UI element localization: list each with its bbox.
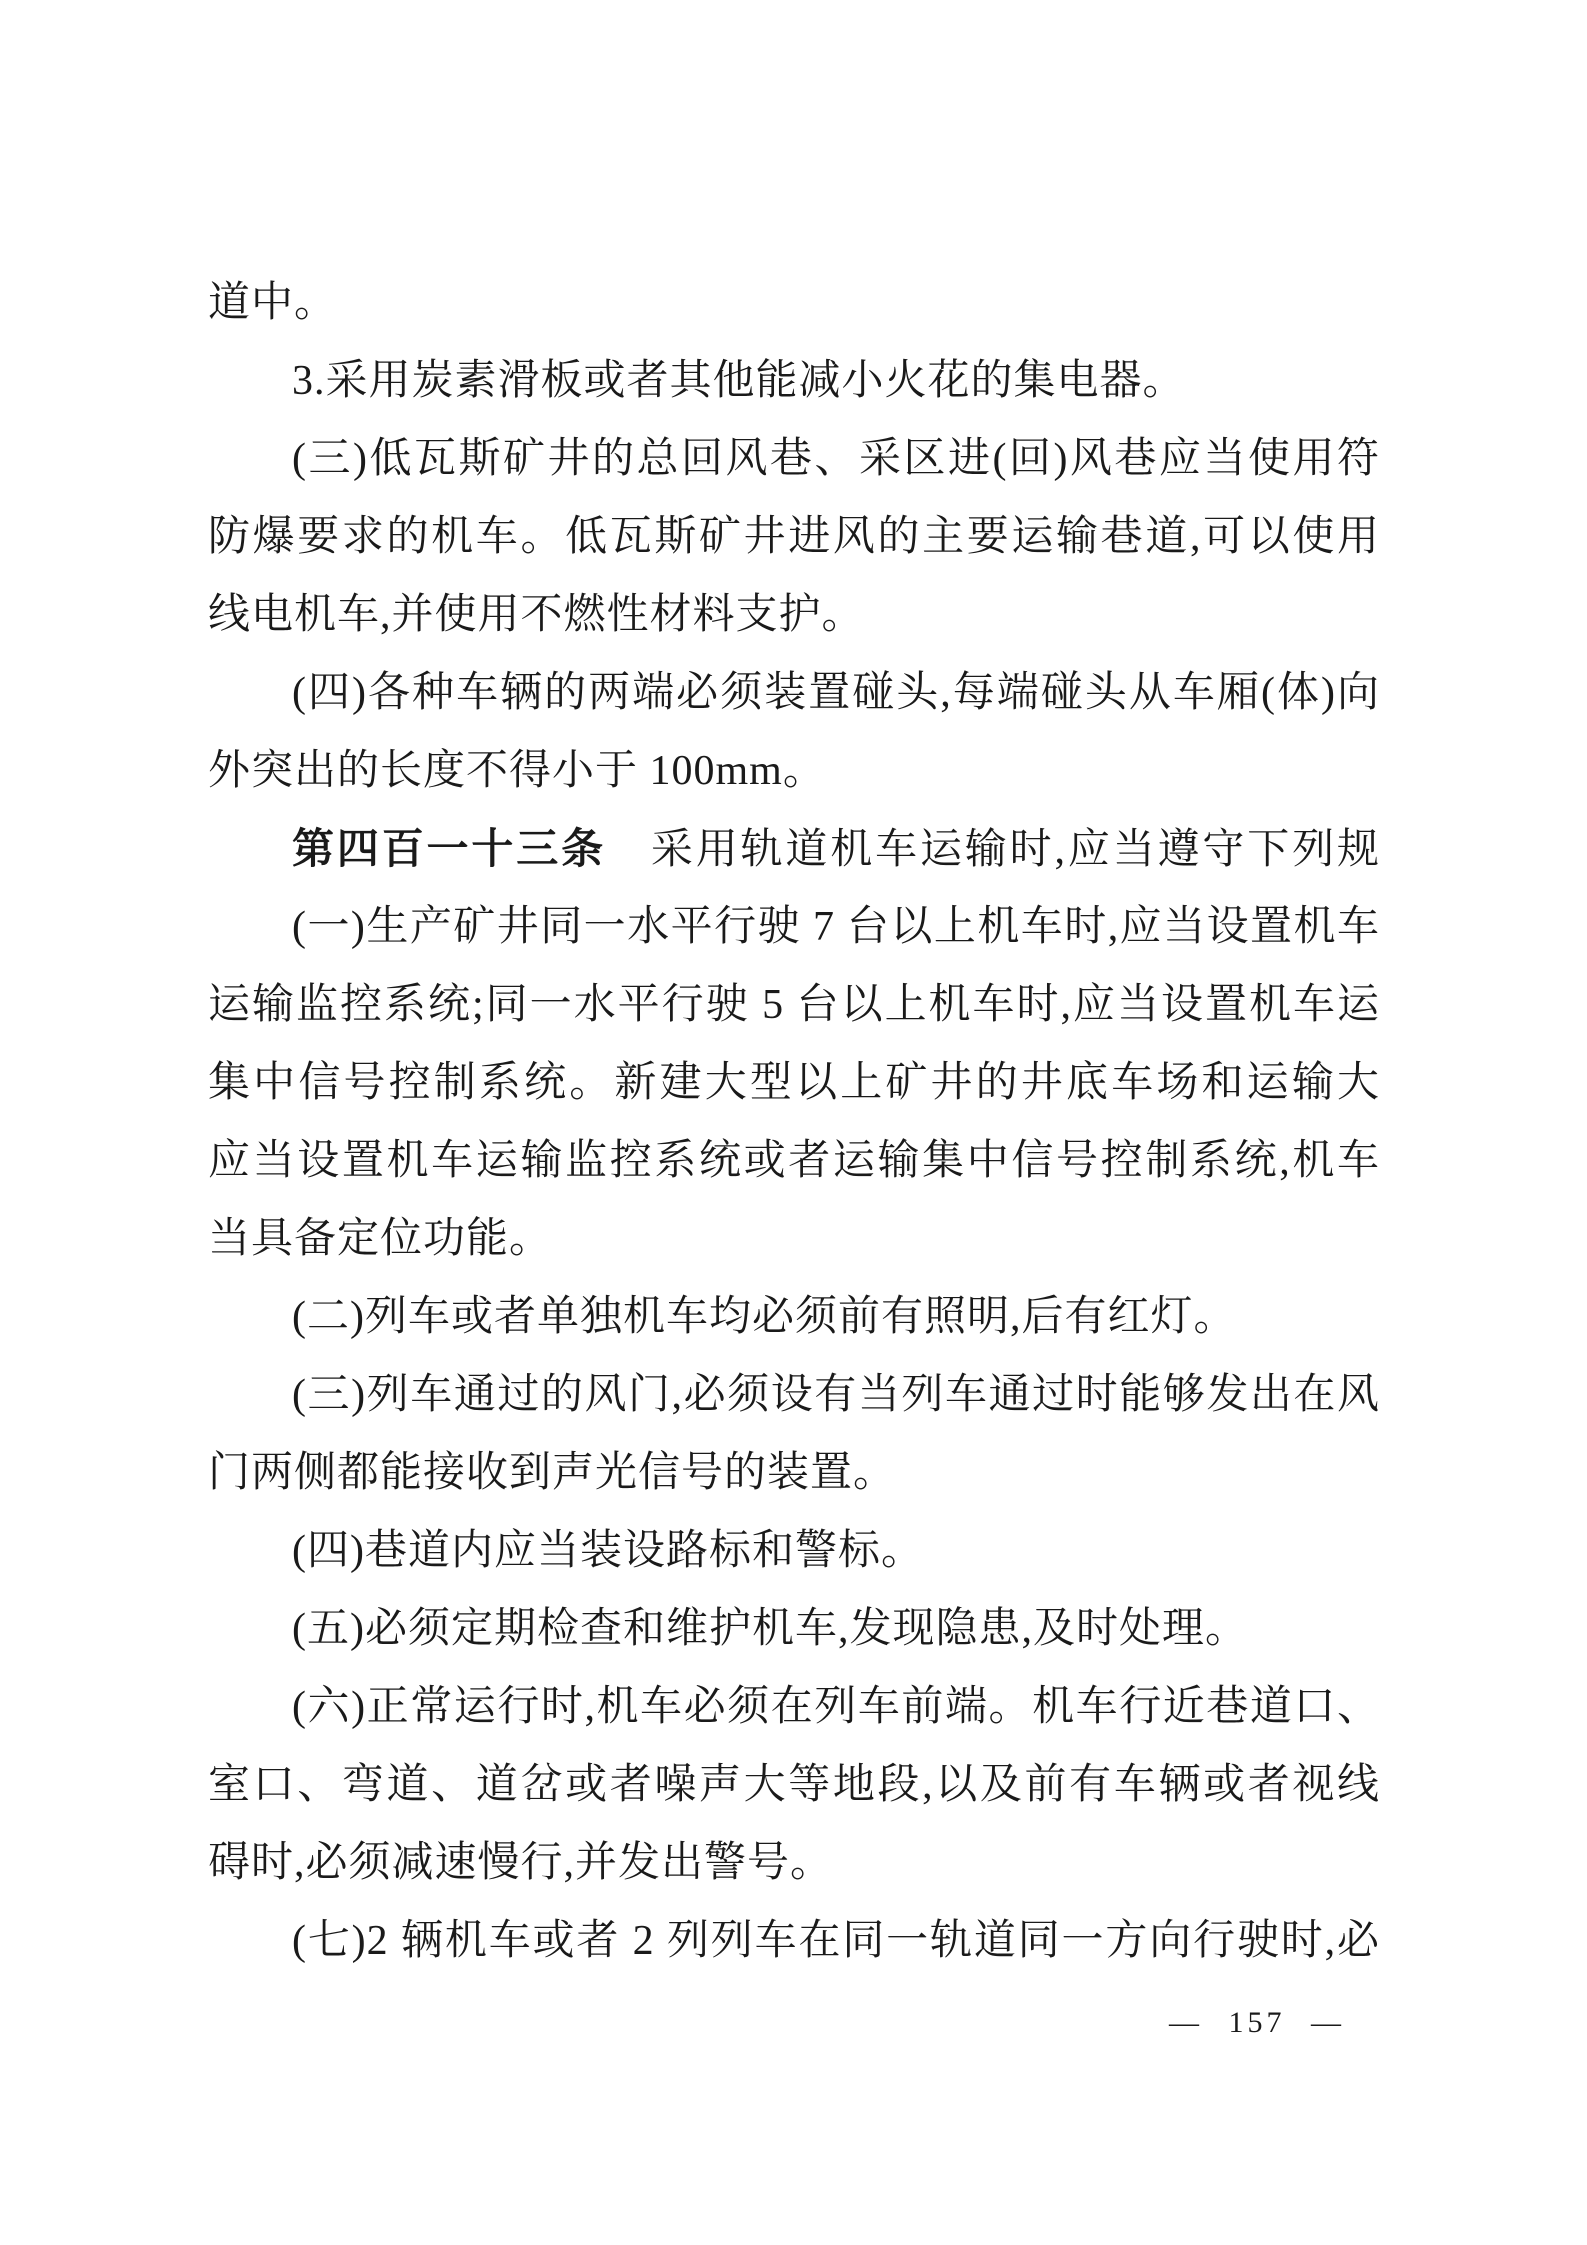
text-line: 防爆要求的机车。低瓦斯矿井进风的主要运输巷道,可以使用架 [208,498,1380,576]
text-line: 集中信号控制系统。新建大型以上矿井的井底车场和运输大巷, [208,1044,1380,1122]
text-line: (一)生产矿井同一水平行驶 7 台以上机车时,应当设置机车 [208,888,1380,966]
text-line: 线电机车,并使用不燃性材料支护。 [208,576,1380,654]
text-line: 3.采用炭素滑板或者其他能减小火花的集电器。 [208,342,1380,420]
article-413-heading: 第四百一十三条 采用轨道机车运输时,应当遵守下列规定: [208,810,1380,888]
text-line: 道中。 [208,264,1380,342]
text-line: (四)各种车辆的两端必须装置碰头,每端碰头从车厢(体)向 [208,654,1380,732]
text-line: 运输监控系统;同一水平行驶 5 台以上机车时,应当设置机车运输 [208,966,1380,1044]
text-line: 应当设置机车运输监控系统或者运输集中信号控制系统,机车应 [208,1122,1380,1200]
text-line: (五)必须定期检查和维护机车,发现隐患,及时处理。 [208,1590,1380,1668]
text-line: (三)低瓦斯矿井的总回风巷、采区进(回)风巷应当使用符合 [208,420,1380,498]
text-line: (四)巷道内应当装设路标和警标。 [208,1512,1380,1590]
text-line: (二)列车或者单独机车均必须前有照明,后有红灯。 [208,1278,1380,1356]
text-line: (三)列车通过的风门,必须设有当列车通过时能够发出在风 [208,1356,1380,1434]
text-line: 外突出的长度不得小于 100mm。 [208,732,1380,810]
page-number: — 157 — [208,2001,1380,2045]
document-page: 道中。 3.采用炭素滑板或者其他能减小火花的集电器。 (三)低瓦斯矿井的总回风巷… [0,0,1587,2245]
text-line: 门两侧都能接收到声光信号的装置。 [208,1434,1380,1512]
article-number: 第四百一十三条 [292,825,606,872]
text-line: (七)2 辆机车或者 2 列列车在同一轨道同一方向行驶时,必 [208,1902,1380,1980]
text-line: (六)正常运行时,机车必须在列车前端。机车行近巷道口、硐 [208,1668,1380,1746]
text-line: 室口、弯道、道岔或者噪声大等地段,以及前有车辆或者视线有障 [208,1746,1380,1824]
text-line: 碍时,必须减速慢行,并发出警号。 [208,1824,1380,1902]
text-line: 当具备定位功能。 [208,1200,1380,1278]
